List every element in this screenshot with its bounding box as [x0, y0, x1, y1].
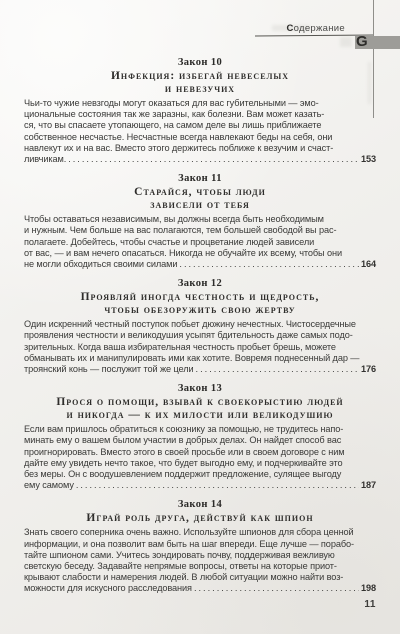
- book-page: Содержание G Закон 10Инфекция: избегай н…: [0, 0, 400, 634]
- law-summary-line: дайте ему увидеть нечто такое, что будет…: [24, 458, 376, 469]
- law-summary-line: Если вам пришлось обратиться к союзнику …: [24, 424, 376, 435]
- law-page-number: 187: [361, 480, 376, 491]
- law-summary: Один искренний честный поступок побьет д…: [24, 319, 376, 375]
- dot-leader: [196, 364, 359, 375]
- law-summary-last-line: ему самому187: [24, 480, 376, 491]
- law-entry: Закон 13Прося о помощи, взывай к своекор…: [24, 381, 376, 491]
- law-summary-line: проигнорировать. Вместо этого в своей пр…: [24, 447, 376, 458]
- law-page-number: 153: [361, 154, 376, 165]
- law-summary-line: тайте шпионом сами. Учитесь зондировать …: [24, 550, 376, 561]
- page-number: 11: [364, 599, 376, 610]
- law-summary-text: ливчикам.: [24, 154, 66, 165]
- law-summary-line: циональные состояния так же заразны, как…: [24, 109, 376, 120]
- law-summary-text: можности для искусного расследования: [24, 583, 192, 594]
- law-page-number: 176: [361, 364, 376, 375]
- running-header-rest: одержание: [294, 23, 345, 34]
- dot-leader: [194, 583, 359, 594]
- law-page-number: 164: [361, 259, 376, 270]
- law-summary-line: полагаете. Добейтесь, чтобы счастье и пр…: [24, 237, 376, 248]
- law-summary: Чьи-то чужие невзгоды могут оказаться дл…: [24, 98, 376, 165]
- law-summary-line: минать ему о вашем былом участии в добры…: [24, 435, 376, 446]
- law-number-label: Закон 13: [24, 381, 376, 396]
- law-summary-last-line: ливчикам.153: [24, 154, 376, 165]
- law-summary-last-line: не могли обходиться своими силами164: [24, 259, 376, 270]
- law-summary-line: зрительных. Когда ваша избирательная чес…: [24, 342, 376, 353]
- scan-bleed-smudge: [340, 37, 352, 47]
- running-header-initial: С: [286, 23, 293, 34]
- law-summary: Чтобы оставаться независимым, вы должны …: [24, 214, 376, 270]
- law-title-line: Инфекция: избегай невеселых: [24, 70, 376, 83]
- law-entry: Закон 10Инфекция: избегай невеселыхи нев…: [24, 55, 376, 165]
- law-number-label: Закон 10: [24, 55, 376, 70]
- law-summary-text: ему самому: [24, 480, 74, 491]
- law-summary-line: светскую беседу. Задавайте непрямые вопр…: [24, 561, 376, 572]
- dot-leader: [179, 259, 359, 270]
- law-page-number: 198: [361, 583, 376, 594]
- law-summary-last-line: можности для искусного расследования198: [24, 583, 376, 594]
- law-summary-last-line: троянский конь — послужит той же цели176: [24, 364, 376, 375]
- law-title-line: Прося о помощи, взывай к своекорыстию лю…: [24, 396, 376, 409]
- law-summary-line: крывают слабости и намерения людей. В лю…: [24, 572, 376, 583]
- law-summary-line: обманывать их и манипулировать ими как х…: [24, 353, 376, 364]
- law-summary: Если вам пришлось обратиться к союзнику …: [24, 424, 376, 491]
- running-header-title: Содержание: [286, 23, 345, 34]
- law-title-line: зависели от тебя: [24, 199, 376, 212]
- law-summary-line: Чьи-то чужие невзгоды могут оказаться дл…: [24, 98, 376, 109]
- law-title-line: Проявляй иногда честность и щедрость,: [24, 291, 376, 304]
- law-summary-line: Один искренний честный поступок побьет д…: [24, 319, 376, 330]
- corner-tab-letter: G: [356, 34, 368, 50]
- law-summary: Знать своего соперника очень важно. Испо…: [24, 527, 376, 594]
- law-summary-line: Чтобы оставаться независимым, вы должны …: [24, 214, 376, 225]
- dot-leader: [76, 480, 359, 491]
- law-summary-text: не могли обходиться своими силами: [24, 259, 177, 270]
- law-entry: Закон 12Проявляй иногда честность и щедр…: [24, 276, 376, 375]
- corner-tab: G: [355, 36, 400, 49]
- law-summary-line: навлекут их и на вас. Вместо этого держи…: [24, 143, 376, 154]
- law-number-label: Закон 14: [24, 497, 376, 512]
- law-title-line: и никогда — к их милости или великодушию: [24, 409, 376, 422]
- law-title-line: Играй роль друга, действуй как шпион: [24, 512, 376, 525]
- law-title-line: Старайся, чтобы люди: [24, 186, 376, 199]
- toc-list: Закон 10Инфекция: избегай невеселыхи нев…: [24, 50, 376, 601]
- dot-leader: [68, 154, 359, 165]
- law-summary-line: от вас, — и вам нечего опасаться. Никогд…: [24, 248, 376, 259]
- law-number-label: Закон 12: [24, 276, 376, 291]
- law-summary-line: собственное несчастье. Несчастные всегда…: [24, 132, 376, 143]
- law-summary-text: троянский конь — послужит той же цели: [24, 364, 194, 375]
- law-summary-line: и нужным. Чем больше на вас полагаются, …: [24, 225, 376, 236]
- law-summary-line: без меры. Он с воодушевлением поддержит …: [24, 469, 376, 480]
- law-summary-line: проявления честности и великодушия усыпя…: [24, 330, 376, 341]
- law-title-line: чтобы обезоружить свою жертву: [24, 304, 376, 317]
- law-summary-line: ся, что вы спасаете утопающего, на самом…: [24, 120, 376, 131]
- law-number-label: Закон 11: [24, 171, 376, 186]
- law-entry: Закон 11Старайся, чтобы людизависели от …: [24, 171, 376, 270]
- law-summary-line: информации, и она позволит вам быть на ш…: [24, 539, 376, 550]
- law-summary-line: Знать своего соперника очень важно. Испо…: [24, 527, 376, 538]
- law-entry: Закон 14Играй роль друга, действуй как ш…: [24, 497, 376, 594]
- law-title-line: и невезучих: [24, 83, 376, 96]
